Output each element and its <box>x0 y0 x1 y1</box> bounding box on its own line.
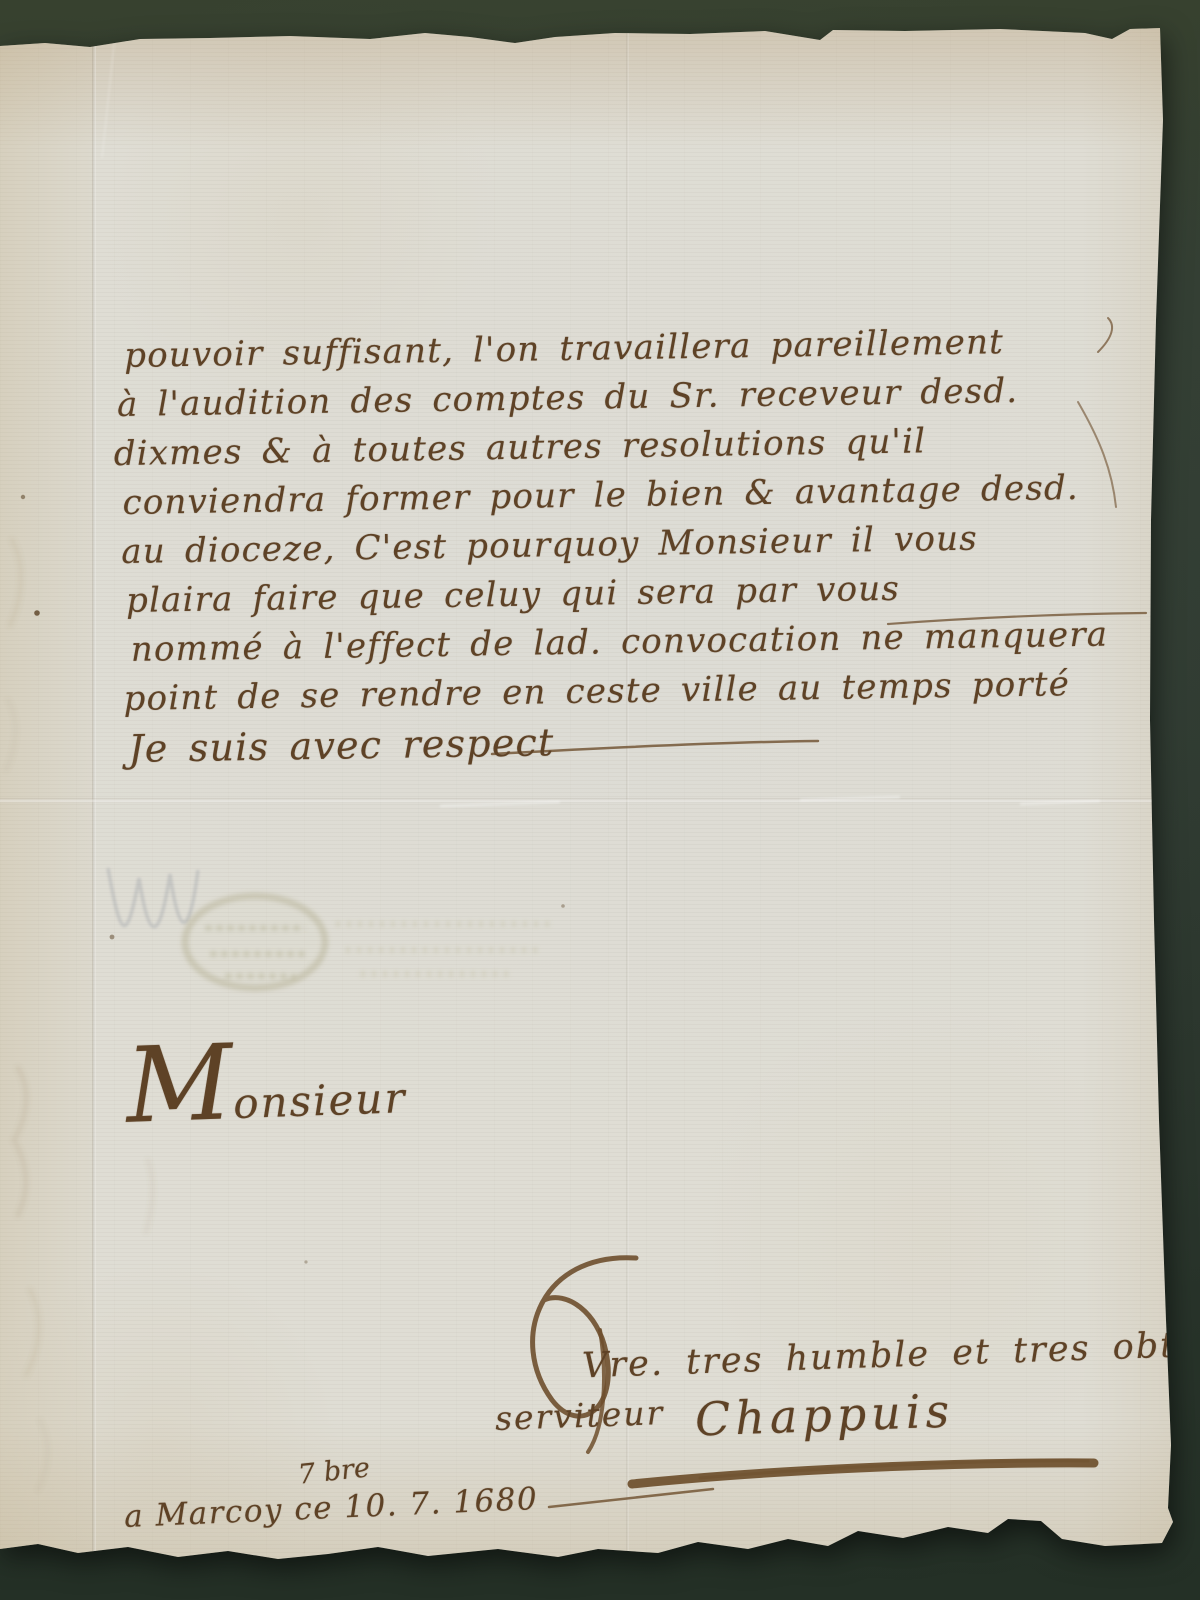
closing-formula-line2: serviteur <box>494 1393 665 1438</box>
salutation: Monsieur <box>125 1035 408 1132</box>
manuscript-line: dixmes & à toutes autres resolutions qu'… <box>113 421 926 474</box>
salutation-initial: M <box>124 1021 235 1147</box>
manuscript-line: pouvoir suffisant, l'on travaillera pare… <box>124 322 1004 376</box>
manuscript-line: plaira faire que celuy qui sera par vous <box>126 569 900 621</box>
manuscript-line: au dioceze, C'est pourquoy Monsieur il v… <box>121 519 978 572</box>
manuscript-line: à l'audition des comptes du Sr. receveur… <box>117 371 1019 425</box>
letter-photo: pouvoir suffisant, l'on travaillera pare… <box>0 0 1200 1600</box>
manuscript-line: point de se rendre en ceste ville au tem… <box>123 664 1070 719</box>
paper-sheet: pouvoir suffisant, l'on travaillera pare… <box>0 0 1200 1600</box>
salutation-rest: onsieur <box>232 1073 407 1128</box>
manuscript-line: Je suis avec respect <box>128 720 555 771</box>
manuscript-line: conviendra former pour le bien & avantag… <box>122 468 1079 523</box>
manuscript-line: nommé à l'effect de lad. convocation ne … <box>131 615 1109 670</box>
paper-shadow: pouvoir suffisant, l'on travaillera pare… <box>0 0 1200 1600</box>
signature: Chappuis <box>694 1383 955 1446</box>
